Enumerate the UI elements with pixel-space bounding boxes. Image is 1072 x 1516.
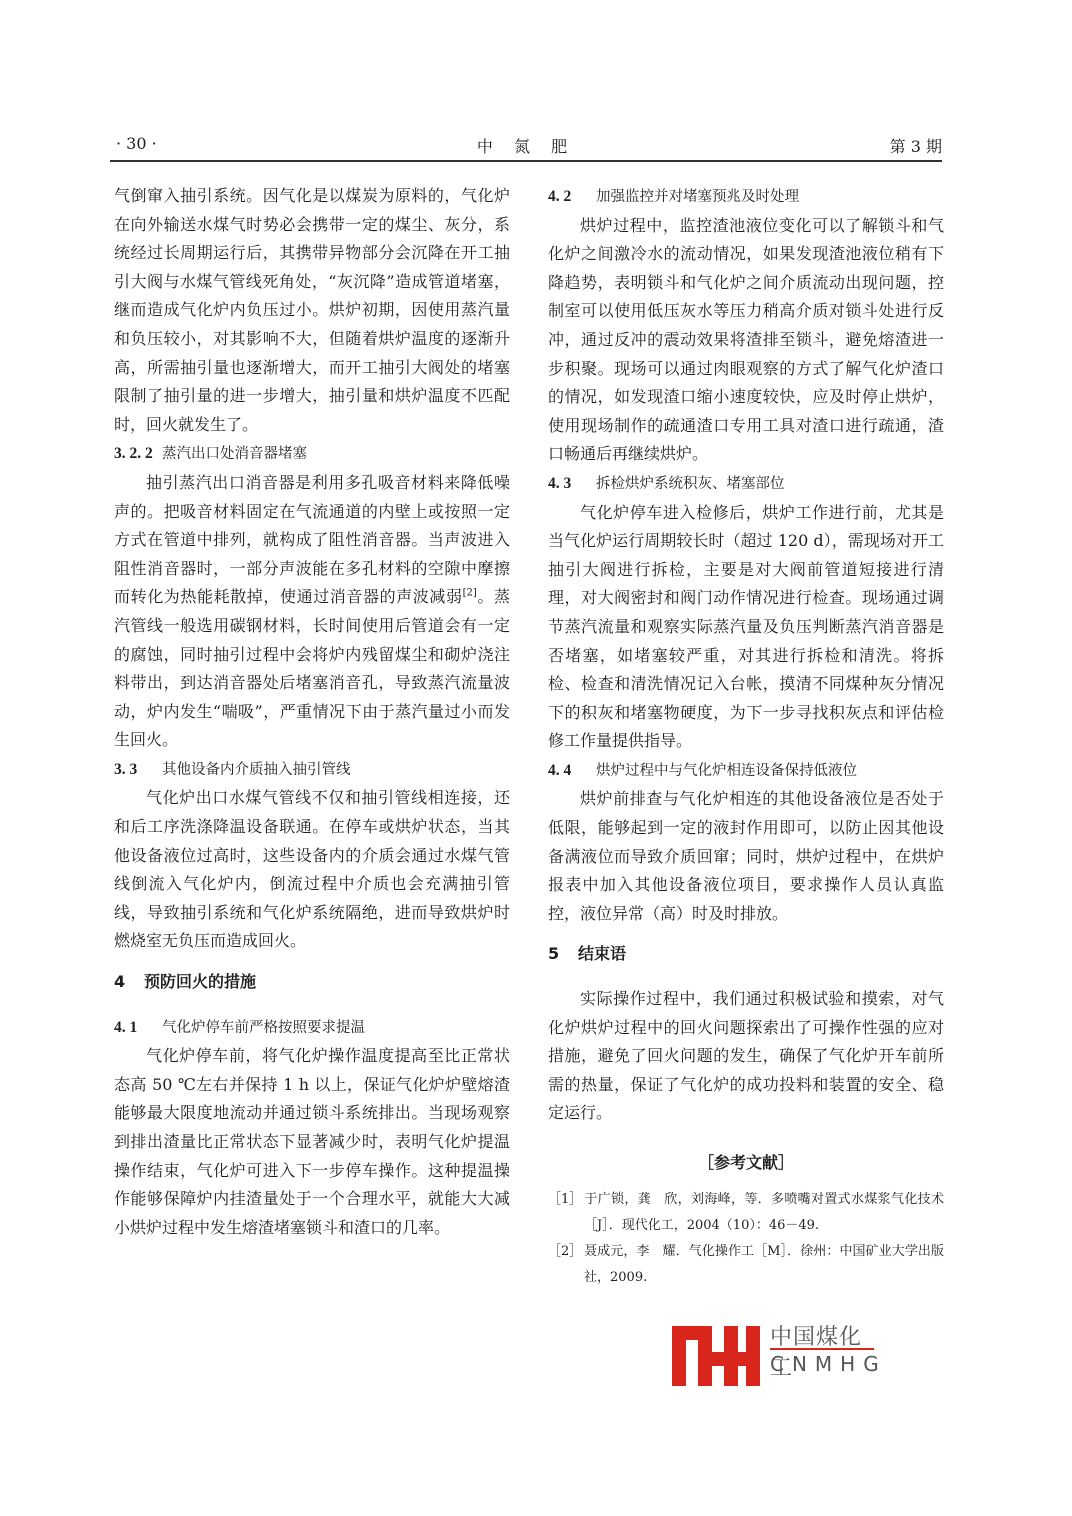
page-header: · 30 · 中 氮 肥 第 3 期 xyxy=(110,132,942,158)
header-rule xyxy=(110,160,942,162)
paragraph: 气化炉停车进入检修后，烘炉工作进行前，尤其是当气化炉运行周期较长时（超过 120… xyxy=(548,499,944,756)
section-heading-4-4: 4. 4烘炉过程中与气化炉相连设备保持低液位 xyxy=(548,756,944,786)
paragraph: 实际操作过程中，我们通过积极试验和摸索，对气化炉烘炉过程中的回火问题探索出了可操… xyxy=(548,985,944,1128)
issue-number: 第 3 期 xyxy=(890,134,942,157)
logo-english-text: CNMHG xyxy=(770,1352,887,1376)
section-heading-3-2-2: 3. 2. 2蒸汽出口处消音器堵塞 xyxy=(114,439,510,469)
reference-item: ［2］聂成元，李 耀．气化操作工［M］．徐州：中国矿业大学出版社，2009. xyxy=(548,1239,944,1291)
journal-title: 中 氮 肥 xyxy=(110,134,942,157)
logo-bar xyxy=(724,1326,738,1386)
section-heading-4-2: 4. 2加强监控并对堵塞预兆及时处理 xyxy=(548,182,944,212)
section-heading-4: 4预防回火的措施 xyxy=(114,968,510,997)
section-heading-4-1: 4. 1气化炉停车前严格按照要求提温 xyxy=(114,1013,510,1043)
cnmhg-watermark-logo: 中国煤化工 CNMHG xyxy=(672,1322,882,1388)
reference-item: ［1］于广锁，龚 欣，刘海峰，等．多喷嘴对置式水煤浆气化技术［J］．现代化工，2… xyxy=(548,1187,944,1239)
logo-divider xyxy=(770,1348,874,1350)
paragraph: 气化炉停车前，将气化炉操作温度提高至比正常状态高 50 ℃左右并保持 1 h 以… xyxy=(114,1042,510,1242)
paragraph: 气化炉出口水煤气管线不仅和抽引管线相连接，还和后工序洗涤降温设备联通。在停车或烘… xyxy=(114,784,510,956)
right-column: 4. 2加强监控并对堵塞预兆及时处理 烘炉过程中，监控渣池液位变化可以了解锁斗和… xyxy=(548,182,944,1291)
paragraph: 抽引蒸汽出口消音器是利用多孔吸音材料来降低噪声的。把吸音材料固定在气流通道的内壁… xyxy=(114,469,510,755)
paragraph: 烘炉前排查与气化炉相连的其他设备液位是否处于低限，能够起到一定的液封作用即可，以… xyxy=(548,785,944,928)
paragraph: 气倒窜入抽引系统。因气化是以煤炭为原料的，气化炉在向外输送水煤气时势必会携带一定… xyxy=(114,182,510,439)
section-heading-4-3: 4. 3拆检烘炉系统积灰、堵塞部位 xyxy=(548,469,944,499)
citation[interactable]: [2] xyxy=(463,588,477,599)
section-heading-3-3: 3. 3其他设备内介质抽入抽引管线 xyxy=(114,755,510,785)
logo-bar xyxy=(746,1326,760,1386)
left-column: 气倒窜入抽引系统。因气化是以煤炭为原料的，气化炉在向外输送水煤气时势必会携带一定… xyxy=(114,182,510,1242)
references-title: ［参考文献］ xyxy=(548,1150,944,1173)
section-heading-5: 5结束语 xyxy=(548,940,944,969)
paragraph: 烘炉过程中，监控渣池液位变化可以了解锁斗和气化炉之间激冷水的流动情况，如果发现渣… xyxy=(548,212,944,469)
